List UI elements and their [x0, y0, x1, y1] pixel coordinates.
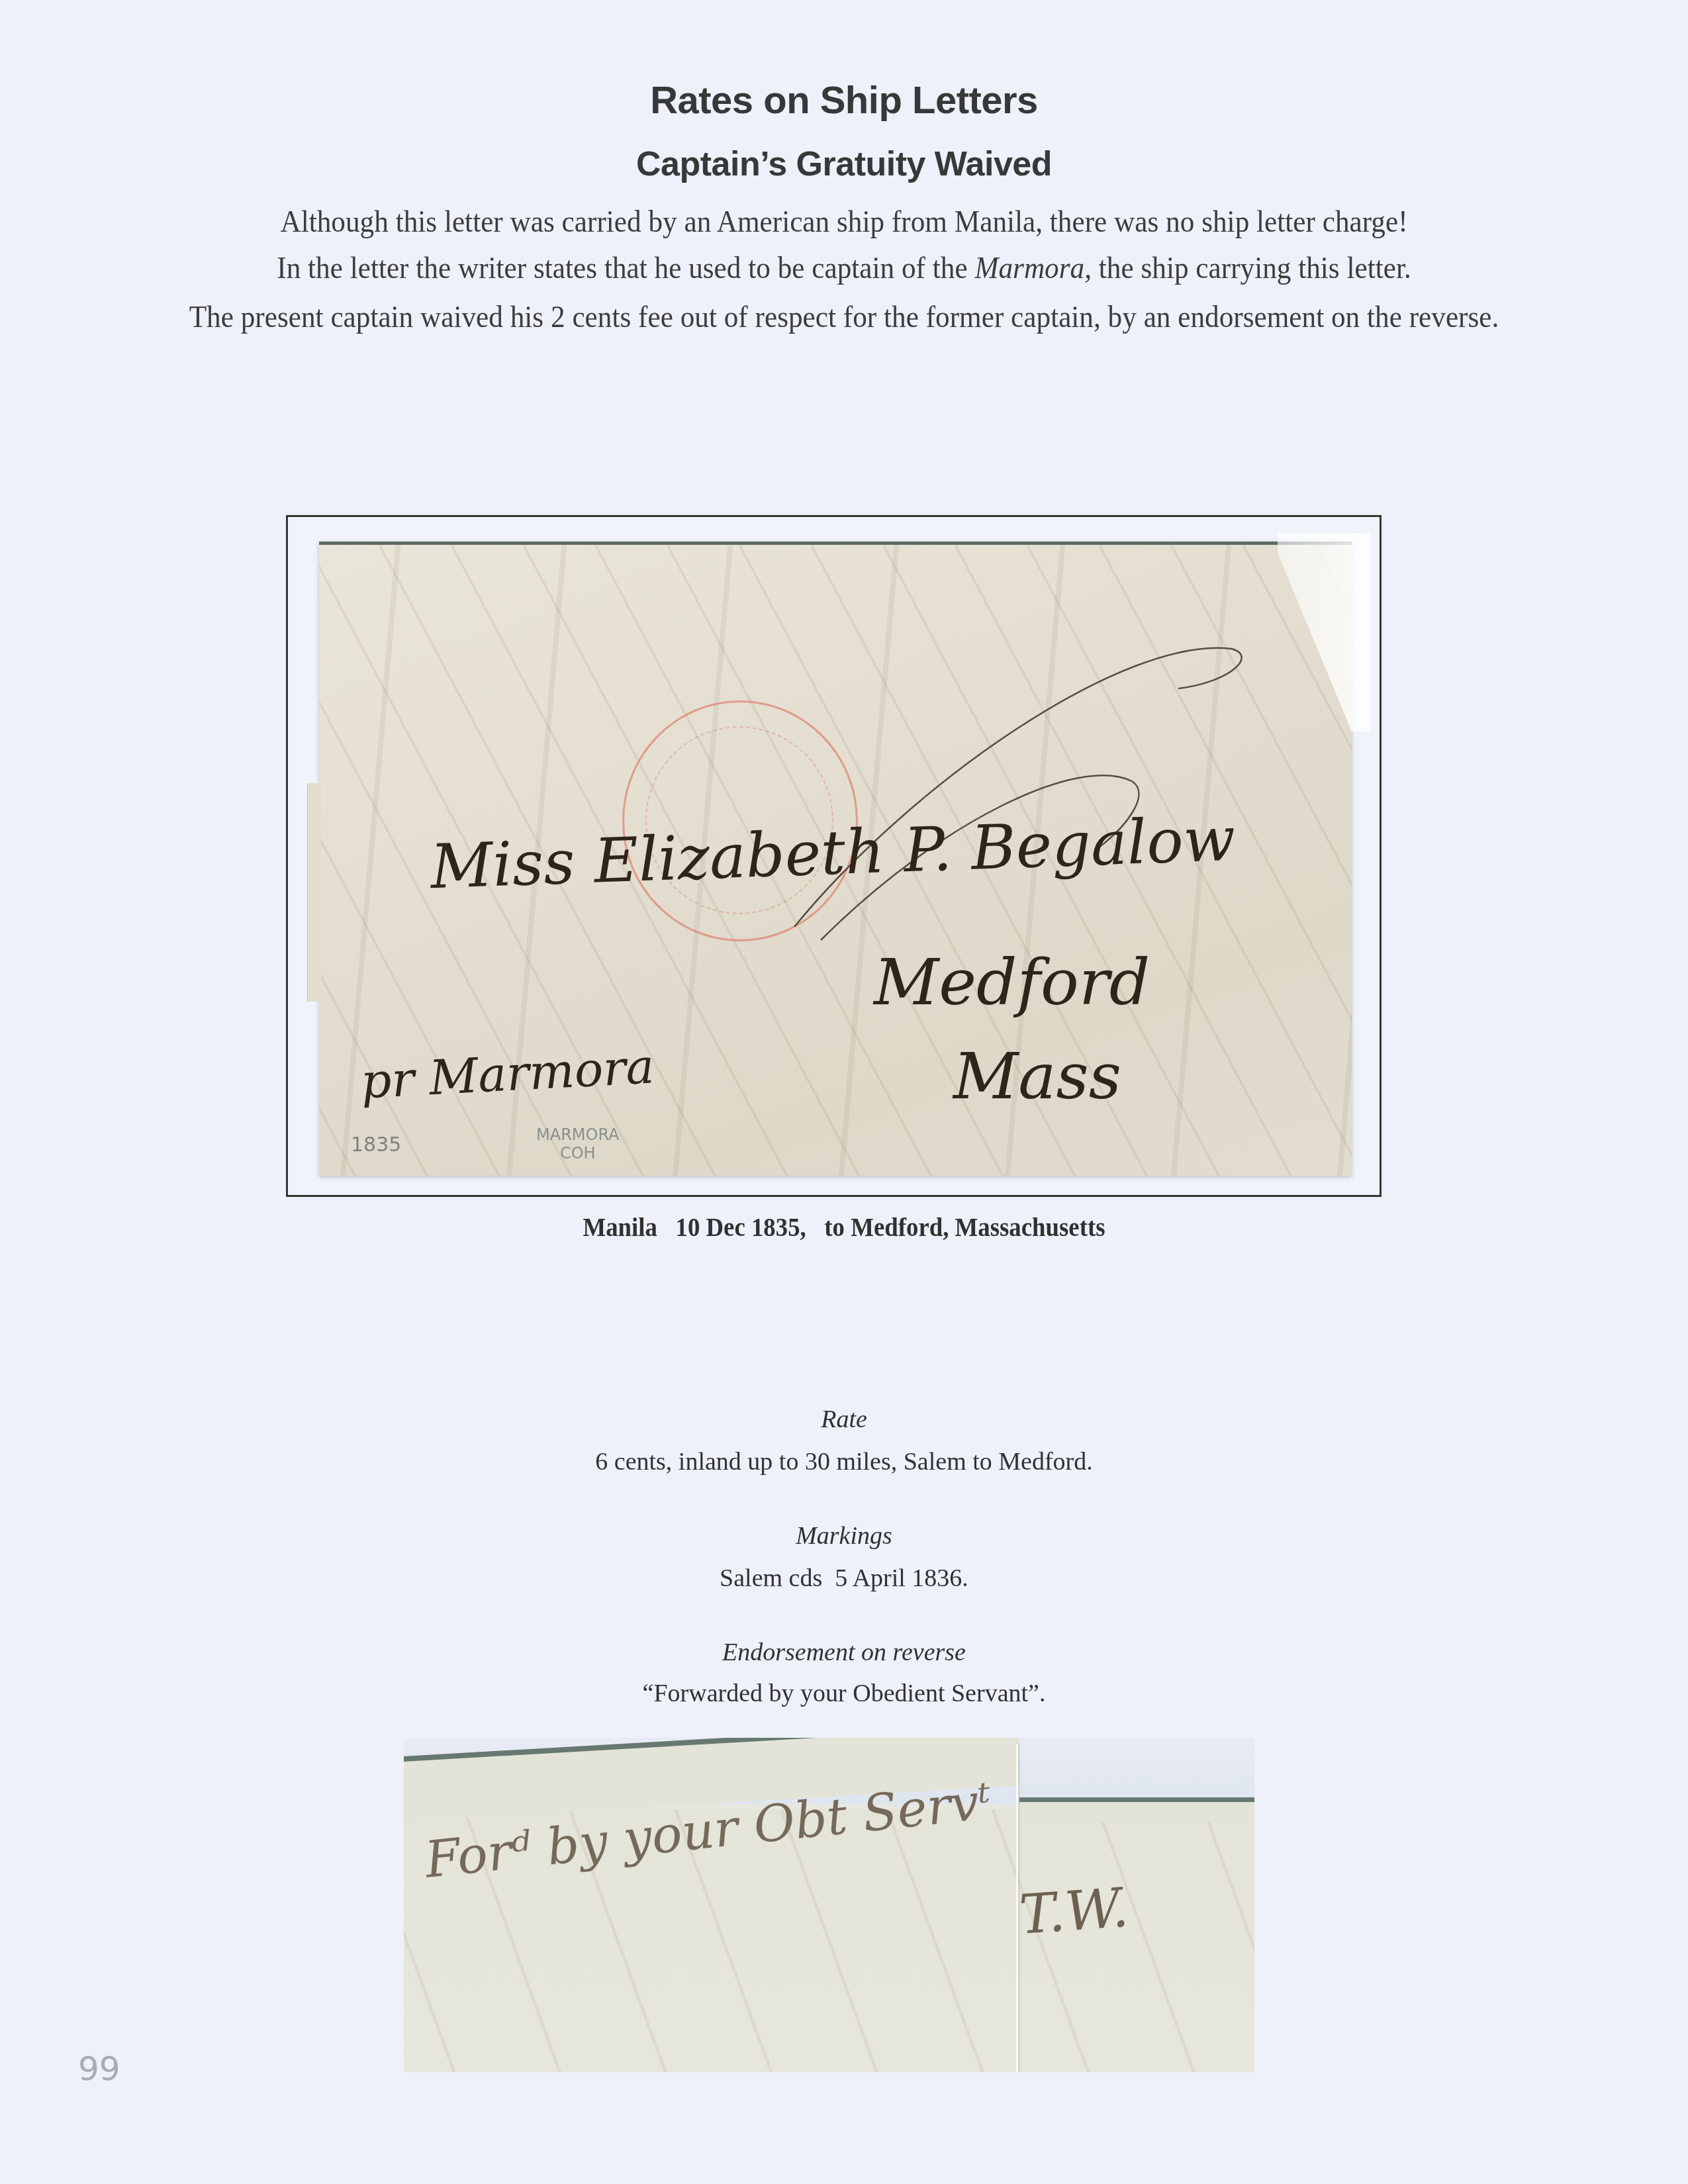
page-number: 99	[78, 2050, 120, 2088]
rate-text: 6 cents, inland up to 30 miles, Salem to…	[0, 1447, 1688, 1476]
reverse-fold-line	[1016, 1744, 1018, 2072]
intro-line-2-start: In the letter the writer states that he …	[277, 251, 974, 285]
reverse-top-edge-right	[1019, 1797, 1254, 1822]
mount-corner	[1278, 533, 1370, 732]
markings-heading: Markings	[0, 1521, 1688, 1550]
page-title: Rates on Ship Letters	[0, 78, 1688, 122]
address-flourish	[781, 609, 1244, 953]
page-subtitle: Captain’s Gratuity Waived	[0, 144, 1688, 184]
reverse-initials: T.W.	[1017, 1876, 1131, 1946]
address-state: Mass	[953, 1039, 1121, 1114]
intro-line-2: In the letter the writer states that he …	[68, 250, 1620, 286]
cover-caption: Manila 10 Dec 1835, to Medford, Massachu…	[68, 1211, 1620, 1243]
endorsement-text: “Forwarded by your Obedient Servant”.	[0, 1679, 1688, 1708]
pencil-docket-ship: MARMORA COH	[536, 1125, 620, 1163]
address-town: Medford	[874, 945, 1150, 1020]
ship-name: Marmora,	[974, 251, 1092, 285]
intro-line-2-end: the ship carrying this letter.	[1092, 251, 1411, 285]
intro-line-1: Although this letter was carried by an A…	[68, 204, 1620, 240]
rate-heading: Rate	[0, 1405, 1688, 1434]
endorsement-heading: Endorsement on reverse	[0, 1638, 1688, 1667]
intro-line-3: The present captain waived his 2 cents f…	[68, 299, 1620, 335]
pencil-docket-year: 1835	[351, 1133, 401, 1157]
cover-side-flap	[307, 783, 321, 1002]
markings-text: Salem cds 5 April 1836.	[0, 1564, 1688, 1593]
